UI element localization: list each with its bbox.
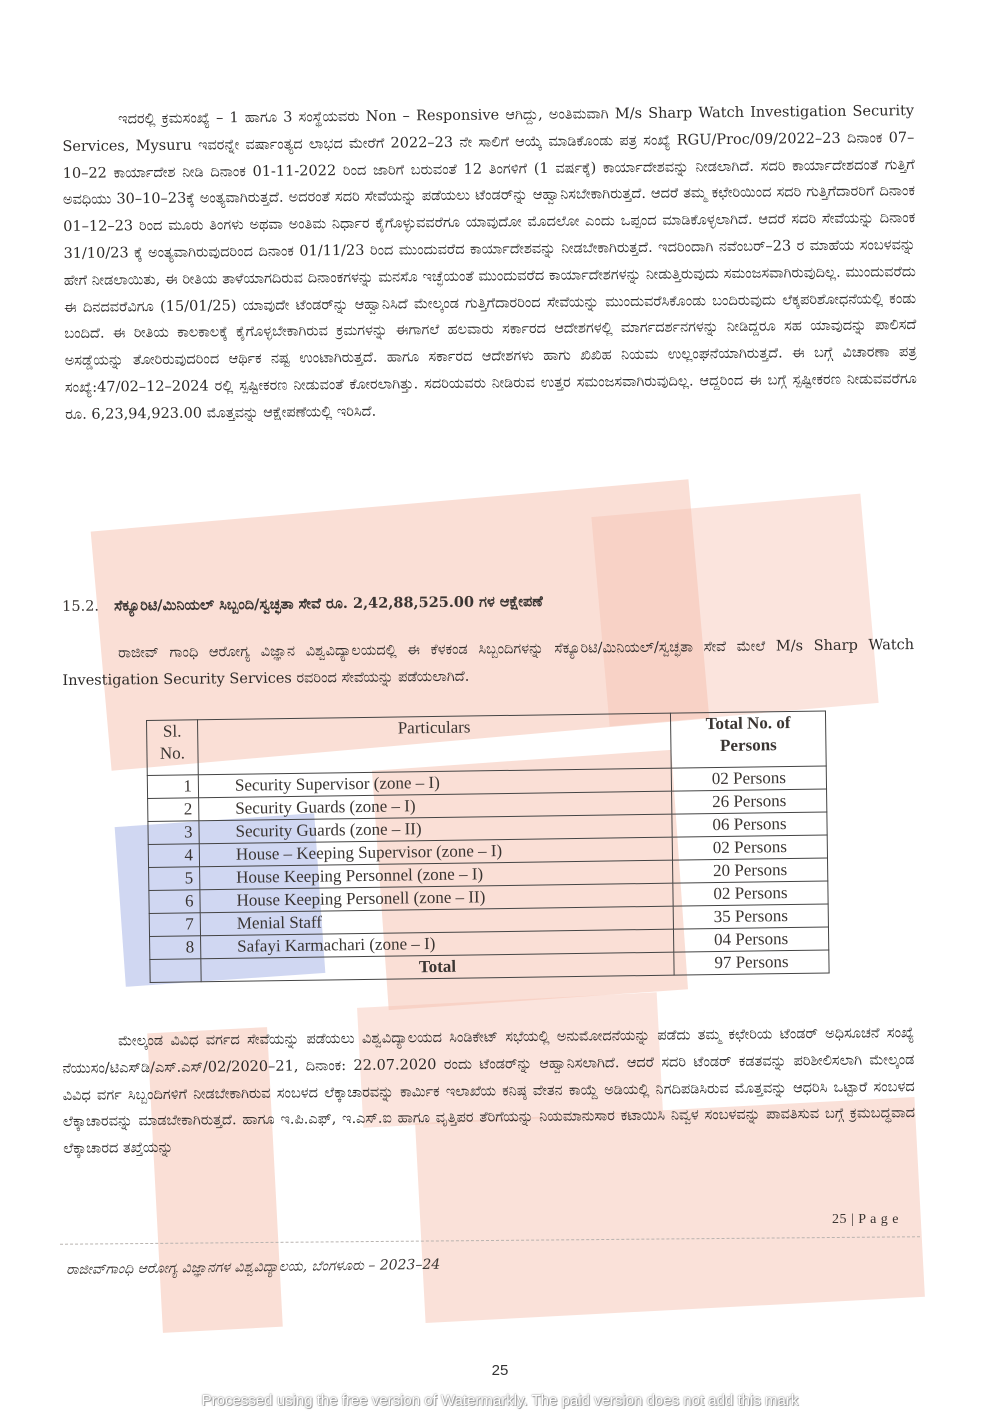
persons-cell: 02 Persons <box>673 881 828 906</box>
header-total-persons: Total No. of Persons <box>670 711 826 768</box>
paragraph-service-provider: ರಾಜೀವ್ ಗಾಂಧಿ ಆರೋಗ್ಯ ವಿಜ್ಞಾನ ವಿಶ್ವವಿದ್ಯಾಲ… <box>62 632 915 695</box>
footer-divider <box>60 1236 920 1245</box>
persons-cell: 26 Persons <box>672 789 827 814</box>
sl-cell: 5 <box>149 867 200 891</box>
section-heading: 15.2.ಸೆಕ್ಯೂರಿಟಿ/ಮಿನಿಯಲ್ ಸಿಬ್ಬಂದಿ/ಸ್ವಚ್ಛತ… <box>62 589 914 615</box>
header-sl-no: Sl. No. <box>147 720 199 776</box>
footer-institution: ರಾಜೀವ್‌ಗಾಂಧಿ ಆರೋಗ್ಯ ವಿಜ್ಞಾನಗಳ ವಿಶ್ವವಿದ್ಯ… <box>66 1257 440 1278</box>
persons-cell: 35 Persons <box>673 904 828 929</box>
staff-table-container: Sl. No. Particulars Total No. of Persons… <box>146 711 830 983</box>
total-sl-cell <box>150 959 201 983</box>
watermark-notice: Processed using the free version of Wate… <box>0 1392 1000 1409</box>
staff-table: Sl. No. Particulars Total No. of Persons… <box>146 711 830 983</box>
persons-cell: 04 Persons <box>673 927 828 952</box>
persons-cell: 20 Persons <box>673 858 828 883</box>
section-number: 15.2. <box>62 598 114 615</box>
document-page: ಇದರಲ್ಲಿ ಕ್ರಮಸಂಖ್ಯೆ – 1 ಹಾಗೂ 3 ಸಂಸ್ಥೆಯವರು… <box>0 0 1000 1428</box>
page-reference: 25 | P a g e <box>832 1212 899 1228</box>
total-value: 97 Persons <box>674 950 829 975</box>
page-number: 25 <box>0 1362 1000 1379</box>
paragraph-salary-calculation: ಮೇಲ್ಕಂಡ ವಿವಿಧ ವರ್ಗದ ಸೇವೆಯನ್ನು ಪಡೆಯಲು ವಿಶ… <box>62 1020 915 1163</box>
sl-cell: 2 <box>148 798 199 822</box>
table-body: 1Security Supervisor (zone – I)02 Person… <box>147 766 829 959</box>
sl-cell: 7 <box>149 913 200 937</box>
persons-cell: 02 Persons <box>671 766 826 791</box>
section-title: ಸೆಕ್ಯೂರಿಟಿ/ಮಿನಿಯಲ್ ಸಿಬ್ಬಂದಿ/ಸ್ವಚ್ಛತಾ ಸೇವ… <box>114 593 543 614</box>
sl-cell: 6 <box>149 890 200 914</box>
table-header-row: Sl. No. Particulars Total No. of Persons <box>147 711 827 775</box>
sl-cell: 3 <box>148 821 199 845</box>
sl-cell: 4 <box>148 844 199 868</box>
sl-cell: 1 <box>147 775 198 799</box>
paragraph-tender-objection: ಇದರಲ್ಲಿ ಕ್ರಮಸಂಖ್ಯೆ – 1 ಹಾಗೂ 3 ಸಂಸ್ಥೆಯವರು… <box>62 98 917 428</box>
sl-cell: 8 <box>150 936 201 960</box>
header-particulars: Particulars <box>198 713 672 775</box>
persons-cell: 02 Persons <box>672 835 827 860</box>
persons-cell: 06 Persons <box>672 812 827 837</box>
